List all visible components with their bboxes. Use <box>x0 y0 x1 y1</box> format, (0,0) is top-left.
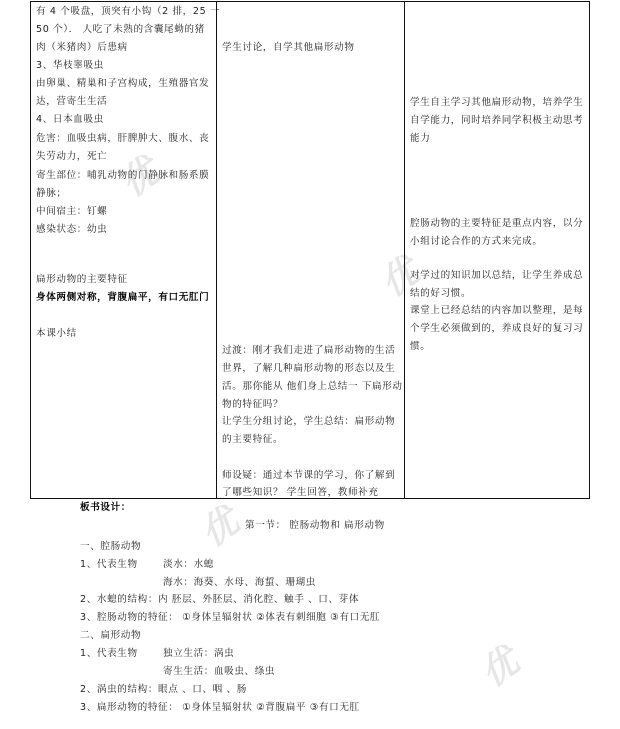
text-line: 对学过的知识加以总结，让学生养成总 <box>410 270 583 282</box>
text-line: 50 个）． 人吃了未熟的含囊尾蚴的猪 <box>36 24 205 36</box>
lesson-table: 有 4 个吸盘，顶突有小钩（2 排，25 一 50 个）． 人吃了未熟的含囊尾蚴… <box>30 1 590 499</box>
text-line: 物的特征吗？ <box>222 399 283 411</box>
board-line: 1、代表生物 <box>80 559 138 571</box>
text-line: 小组讨论合作的方式来完成。 <box>410 236 543 248</box>
text-line: 师设疑：通过本节课的学习，你了解到 <box>222 470 395 482</box>
watermark: 优 <box>469 634 528 696</box>
text-line: 了哪些知识？ 学生回答，教师补充 <box>222 487 379 499</box>
text-line: 有 4 个吸盘，顶突有小钩（2 排，25 一 <box>36 6 220 18</box>
content-column: 有 4 个吸盘，顶突有小钩（2 排，25 一 50 个）． 人吃了未熟的含囊尾蚴… <box>31 2 217 498</box>
text-line: 达，营寄生生活 <box>36 96 107 108</box>
text-line: 结的好习惯。 <box>410 288 471 300</box>
text-line: 个学生必须做到的，养成良好的复习习 <box>410 323 583 335</box>
text-line: 感染状态：幼虫 <box>36 224 107 236</box>
text-line: 能力 <box>410 133 430 145</box>
text-line: 失劳动力，死亡 <box>36 151 107 163</box>
text-line: 的主要特征。 <box>222 434 283 446</box>
board-line: 二、扁形动物 <box>80 630 141 642</box>
board-line: 海水：海葵、水母、海蜇、珊瑚虫 <box>163 577 316 589</box>
text-line: 过渡：刚才我们走进了扁形动物的生活 <box>222 345 395 357</box>
text-line: 自学能力，同时培养同学积极主动思考 <box>410 115 583 127</box>
board-line: 寄生生活：血吸虫、绦虫 <box>163 666 275 678</box>
text-line: 中间宿主：钉螺 <box>36 206 107 218</box>
watermark: 优 <box>189 494 248 556</box>
board-title: 第一节： 腔肠动物和 扁形动物 <box>245 520 385 532</box>
key-point: 身体两侧对称，背腹扁平，有口无肛门 <box>36 292 209 304</box>
text-line: 课堂上已经总结的内容加以整理，是每 <box>410 305 583 317</box>
text-line: 学生讨论，自学其他扁形动物 <box>222 42 355 54</box>
text-line: 危害：血吸虫病，肝脾肿大、腹水、丧 <box>36 133 209 145</box>
text-line: 活。那你能从 他们身上总结一 下扁形动 <box>222 381 403 393</box>
text-line: 让学生分组讨论，学生总结：扁形动物 <box>222 416 395 428</box>
board-line: 独立生活：涡虫 <box>163 648 234 660</box>
text-line: 本课小结 <box>36 328 77 340</box>
section-heading: 扁形动物的主要特征 <box>36 274 128 286</box>
text-line: 由卵巢、精巢和子宫构成，生殖器官发 <box>36 78 209 90</box>
text-line: 腔肠动物的主要特征是重点内容，以分 <box>410 218 583 230</box>
board-line: 1、代表生物 <box>80 648 138 660</box>
board-line: 淡水：水螅 <box>163 559 214 571</box>
text-line: 3、华枝睾吸虫 <box>36 60 104 72</box>
board-line: 一、腔肠动物 <box>80 541 141 553</box>
text-line: 寄生部位：哺乳动物的门静脉和肠系膜 <box>36 170 209 182</box>
board-line: 3、扁形动物的特征： ①身体呈辐射状 ②背腹扁平 ③有口无肛 <box>80 702 360 714</box>
board-line: 2、涡虫的结构：眼点 、口、咽 、肠 <box>80 684 247 696</box>
board-design-heading: 板书设计： <box>80 502 131 514</box>
text-line: 学生自主学习其他扁形动物，培养学生 <box>410 97 583 109</box>
text-line: 肉（米猪肉）后患病 <box>36 42 128 54</box>
text-line: 静脉； <box>36 188 67 200</box>
board-line: 3、腔肠动物的特征： ①身体呈辐射状 ②体表有刺细胞 ③有口无肛 <box>80 612 380 624</box>
text-line: 世界，了解几种扁形动物的形态以及生 <box>222 363 395 375</box>
text-line: 4、日本血吸虫 <box>36 114 104 126</box>
text-line: 惯。 <box>410 341 430 353</box>
purpose-column: 学生自主学习其他扁形动物，培养学生 自学能力，同时培养同学积极主动思考 能力 腔… <box>405 2 589 498</box>
activity-column: 学生讨论，自学其他扁形动物 过渡：刚才我们走进了扁形动物的生活 世界，了解几种扁… <box>217 2 405 498</box>
board-line: 2、水螅的结构：内 胚层、外胚层、消化腔、触手 、口、芽体 <box>80 594 359 606</box>
